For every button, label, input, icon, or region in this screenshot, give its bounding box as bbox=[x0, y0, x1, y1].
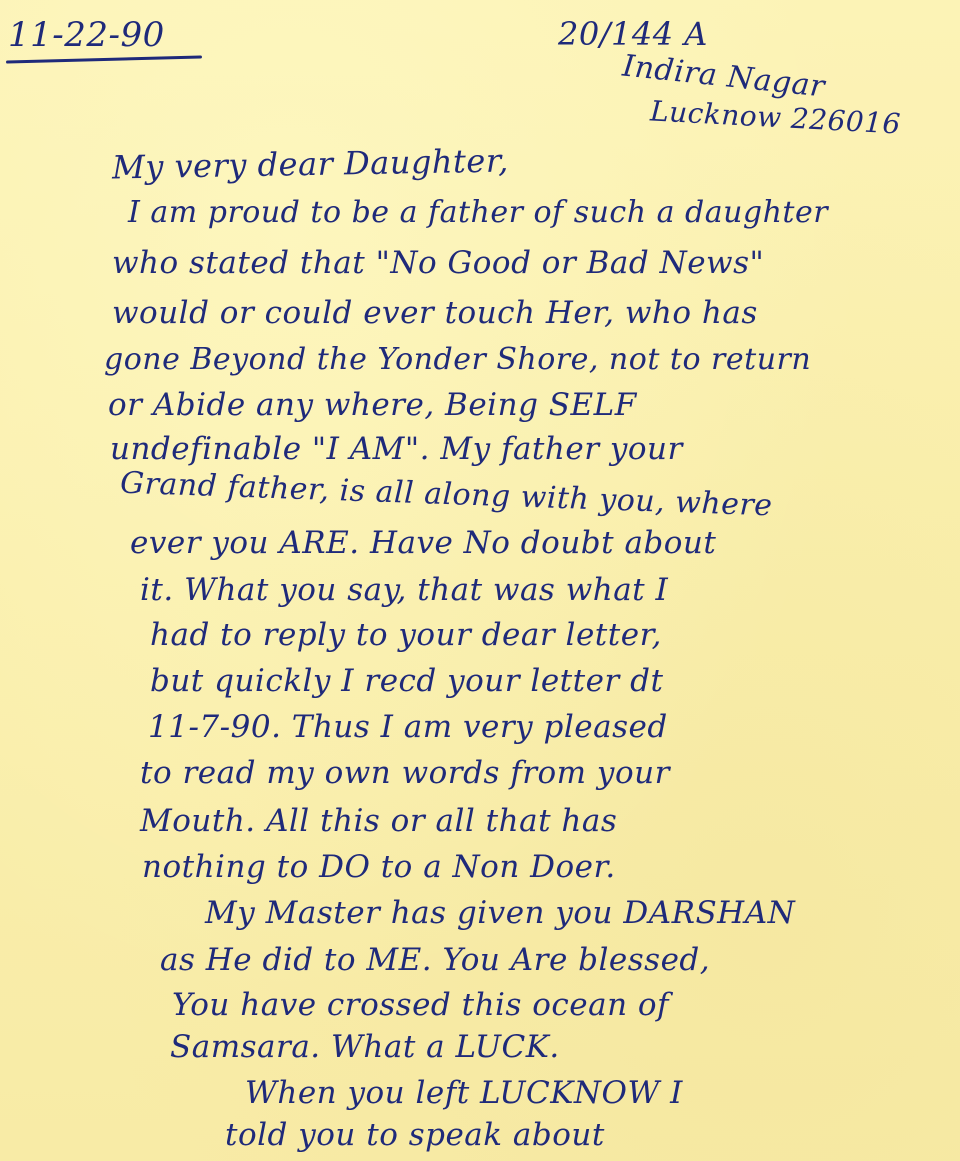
letter-line: nothing to DO to a Non Doer. bbox=[142, 852, 616, 883]
letter-line: Samsara. What a LUCK. bbox=[170, 1032, 560, 1063]
letter-line: gone Beyond the Yonder Shore, not to ret… bbox=[104, 345, 811, 375]
letter-line: Grand father, is all along with you, whe… bbox=[120, 469, 773, 522]
letter-line: or Abide any where, Being SELF bbox=[108, 390, 637, 421]
address-line-1: 20/144 A bbox=[558, 18, 708, 50]
letter-line: as He did to ME. You Are blessed, bbox=[160, 945, 710, 976]
letter-line: it. What you say, that was what I bbox=[140, 575, 668, 606]
letter-line: would or could ever touch Her, who has bbox=[112, 298, 758, 329]
handwritten-letter-page: 11-22-90 20/144 A Indira Nagar Lucknow 2… bbox=[0, 0, 960, 1161]
salutation: My very dear Daughter, bbox=[112, 145, 509, 184]
address-line-3: Lucknow 226016 bbox=[649, 97, 901, 138]
letter-line: You have crossed this ocean of bbox=[172, 990, 669, 1021]
letter-line: 11-7-90. Thus I am very pleased bbox=[148, 712, 668, 743]
letter-line: I am proud to be a father of such a daug… bbox=[128, 198, 828, 228]
letter-line: told you to speak about bbox=[225, 1120, 605, 1151]
letter-line: but quickly I recd your letter dt bbox=[150, 666, 663, 697]
letter-line: undefinable "I AM". My father your bbox=[110, 434, 683, 465]
letter-line: to read my own words from your bbox=[140, 758, 670, 789]
date-underline bbox=[6, 55, 202, 63]
letter-line: had to reply to your dear letter, bbox=[150, 620, 662, 651]
letter-date: 11-22-90 bbox=[8, 18, 165, 52]
letter-line: who stated that "No Good or Bad News" bbox=[112, 248, 764, 279]
letter-line: Mouth. All this or all that has bbox=[140, 806, 617, 837]
letter-line: When you left LUCKNOW I bbox=[245, 1078, 683, 1109]
letter-line: ever you ARE. Have No doubt about bbox=[130, 528, 716, 559]
letter-line: My Master has given you DARSHAN bbox=[205, 898, 795, 929]
